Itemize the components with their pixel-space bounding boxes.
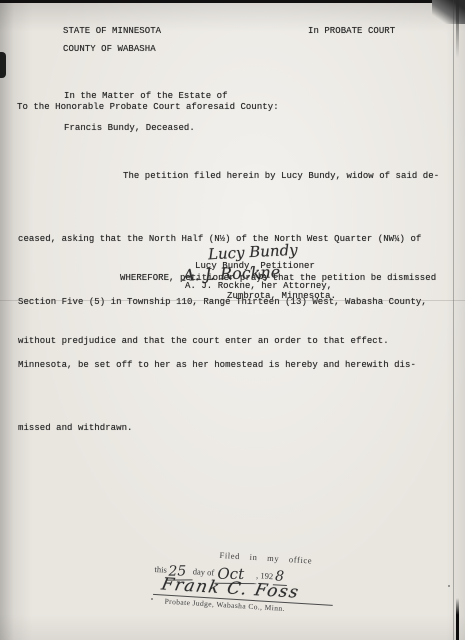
scan-top-right-corner: [432, 0, 465, 24]
petition-line-5: missed and withdrawn.: [18, 418, 448, 439]
scan-bottom-right-edge: [456, 598, 459, 640]
paper-speck-1: [151, 598, 153, 600]
scan-left-edge-mark: [0, 52, 6, 78]
scanned-probate-document: STATE OF MINNESOTA In PROBATE COURT COUN…: [0, 0, 465, 640]
scan-right-crease: [453, 0, 454, 640]
stamp-this-label: this: [154, 564, 167, 575]
prayer-line-2: without predjudice and that the court en…: [18, 331, 448, 352]
attorney-typed-line: A. J. Rockne, her Attorney,: [185, 281, 332, 292]
salutation-line: To the Honorable Probate Court aforesaid…: [17, 102, 279, 113]
scan-top-edge: [0, 0, 465, 3]
scan-top-right-strip: [456, 0, 459, 58]
caption-line-1: In the Matter of the Estate of: [64, 91, 228, 102]
court-line: In PROBATE COURT: [308, 26, 395, 37]
state-line: STATE OF MINNESOTA: [63, 26, 161, 37]
paper-crease-line: [0, 300, 465, 301]
petition-line-1: The petition filed herein by Lucy Bundy,…: [18, 166, 448, 187]
paper-speck-2: [448, 585, 450, 587]
filing-stamp: Filed in my office this 25 day of Oct , …: [152, 546, 360, 617]
county-line: COUNTY OF WABASHA: [63, 44, 156, 55]
